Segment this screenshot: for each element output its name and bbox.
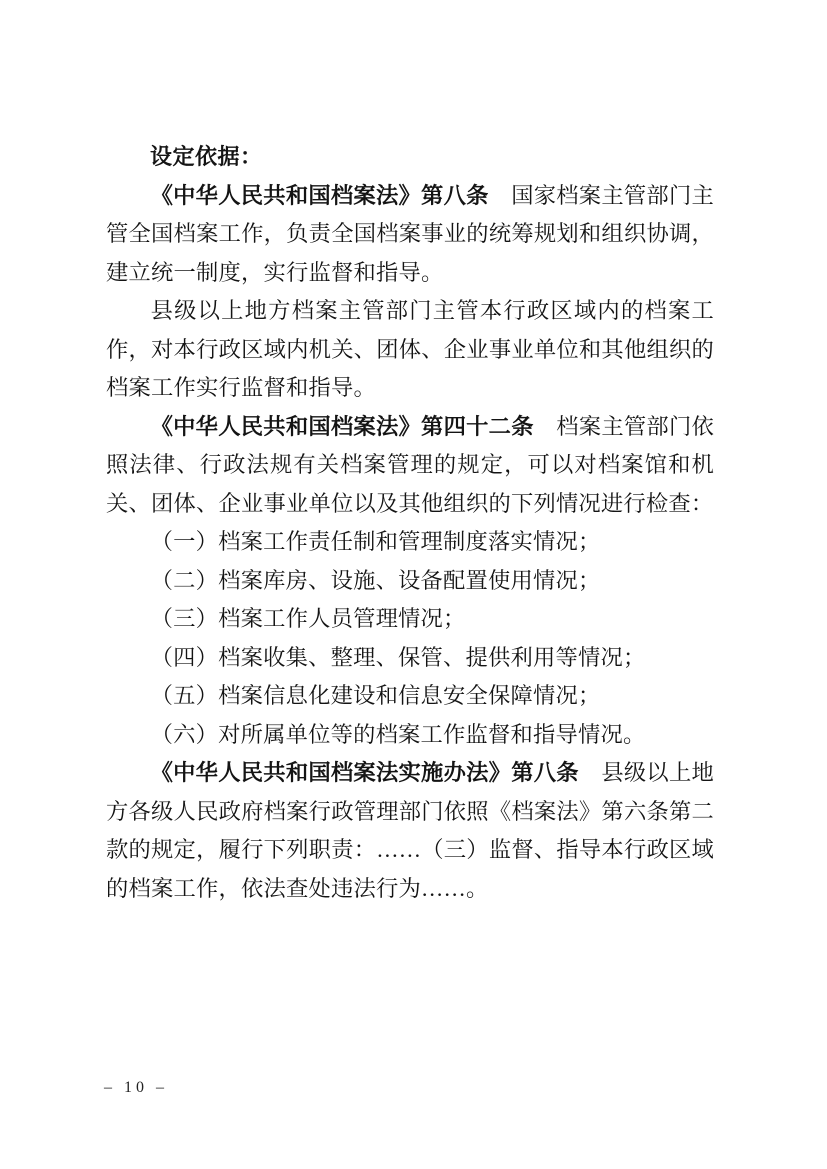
paragraph-text: （一）档案工作责任制和管理制度落实情况； bbox=[151, 529, 601, 554]
section-heading: 设定依据： bbox=[106, 138, 714, 177]
paragraph: 县级以上地方档案主管部门主管本行政区域内的档案工作，对本行政区域内机关、团体、企… bbox=[106, 292, 714, 408]
paragraph: （三）档案工作人员管理情况； bbox=[106, 600, 714, 639]
paragraph: （四）档案收集、整理、保管、提供利用等情况； bbox=[106, 639, 714, 678]
paragraph: 《中华人民共和国档案法》第四十二条 档案主管部门依照法律、行政法规有关档案管理的… bbox=[106, 408, 714, 524]
paragraph-text: （二）档案库房、设施、设备配置使用情况； bbox=[151, 568, 601, 593]
paragraph-text: （三）档案工作人员管理情况； bbox=[151, 606, 466, 631]
paragraph-text: （六）对所属单位等的档案工作监督和指导情况。 bbox=[151, 722, 646, 747]
paragraph: 《中华人民共和国档案法实施办法》第八条 县级以上地方各级人民政府档案行政管理部门… bbox=[106, 754, 714, 908]
paragraph: 《中华人民共和国档案法》第八条 国家档案主管部门主管全国档案工作，负责全国档案事… bbox=[106, 177, 714, 293]
paragraph: （五）档案信息化建设和信息安全保障情况； bbox=[106, 677, 714, 716]
paragraph-text: （四）档案收集、整理、保管、提供利用等情况； bbox=[151, 645, 646, 670]
paragraph: （六）对所属单位等的档案工作监督和指导情况。 bbox=[106, 716, 714, 755]
document-body: 设定依据： 《中华人民共和国档案法》第八条 国家档案主管部门主管全国档案工作，负… bbox=[106, 138, 714, 908]
paragraph: （一）档案工作责任制和管理制度落实情况； bbox=[106, 523, 714, 562]
page-number: – 10 – bbox=[104, 1078, 168, 1098]
law-citation: 《中华人民共和国档案法》第八条 bbox=[151, 183, 489, 208]
paragraph-text: （五）档案信息化建设和信息安全保障情况； bbox=[151, 683, 601, 708]
paragraph-text: 县级以上地方档案主管部门主管本行政区域内的档案工作，对本行政区域内机关、团体、企… bbox=[106, 298, 714, 400]
paragraph: （二）档案库房、设施、设备配置使用情况； bbox=[106, 562, 714, 601]
document-page: { "document": { "heading": "设定依据：", "par… bbox=[0, 0, 827, 1169]
law-citation: 《中华人民共和国档案法》第四十二条 bbox=[151, 414, 534, 439]
paragraph-container: 《中华人民共和国档案法》第八条 国家档案主管部门主管全国档案工作，负责全国档案事… bbox=[106, 177, 714, 909]
law-citation: 《中华人民共和国档案法实施办法》第八条 bbox=[151, 760, 579, 785]
